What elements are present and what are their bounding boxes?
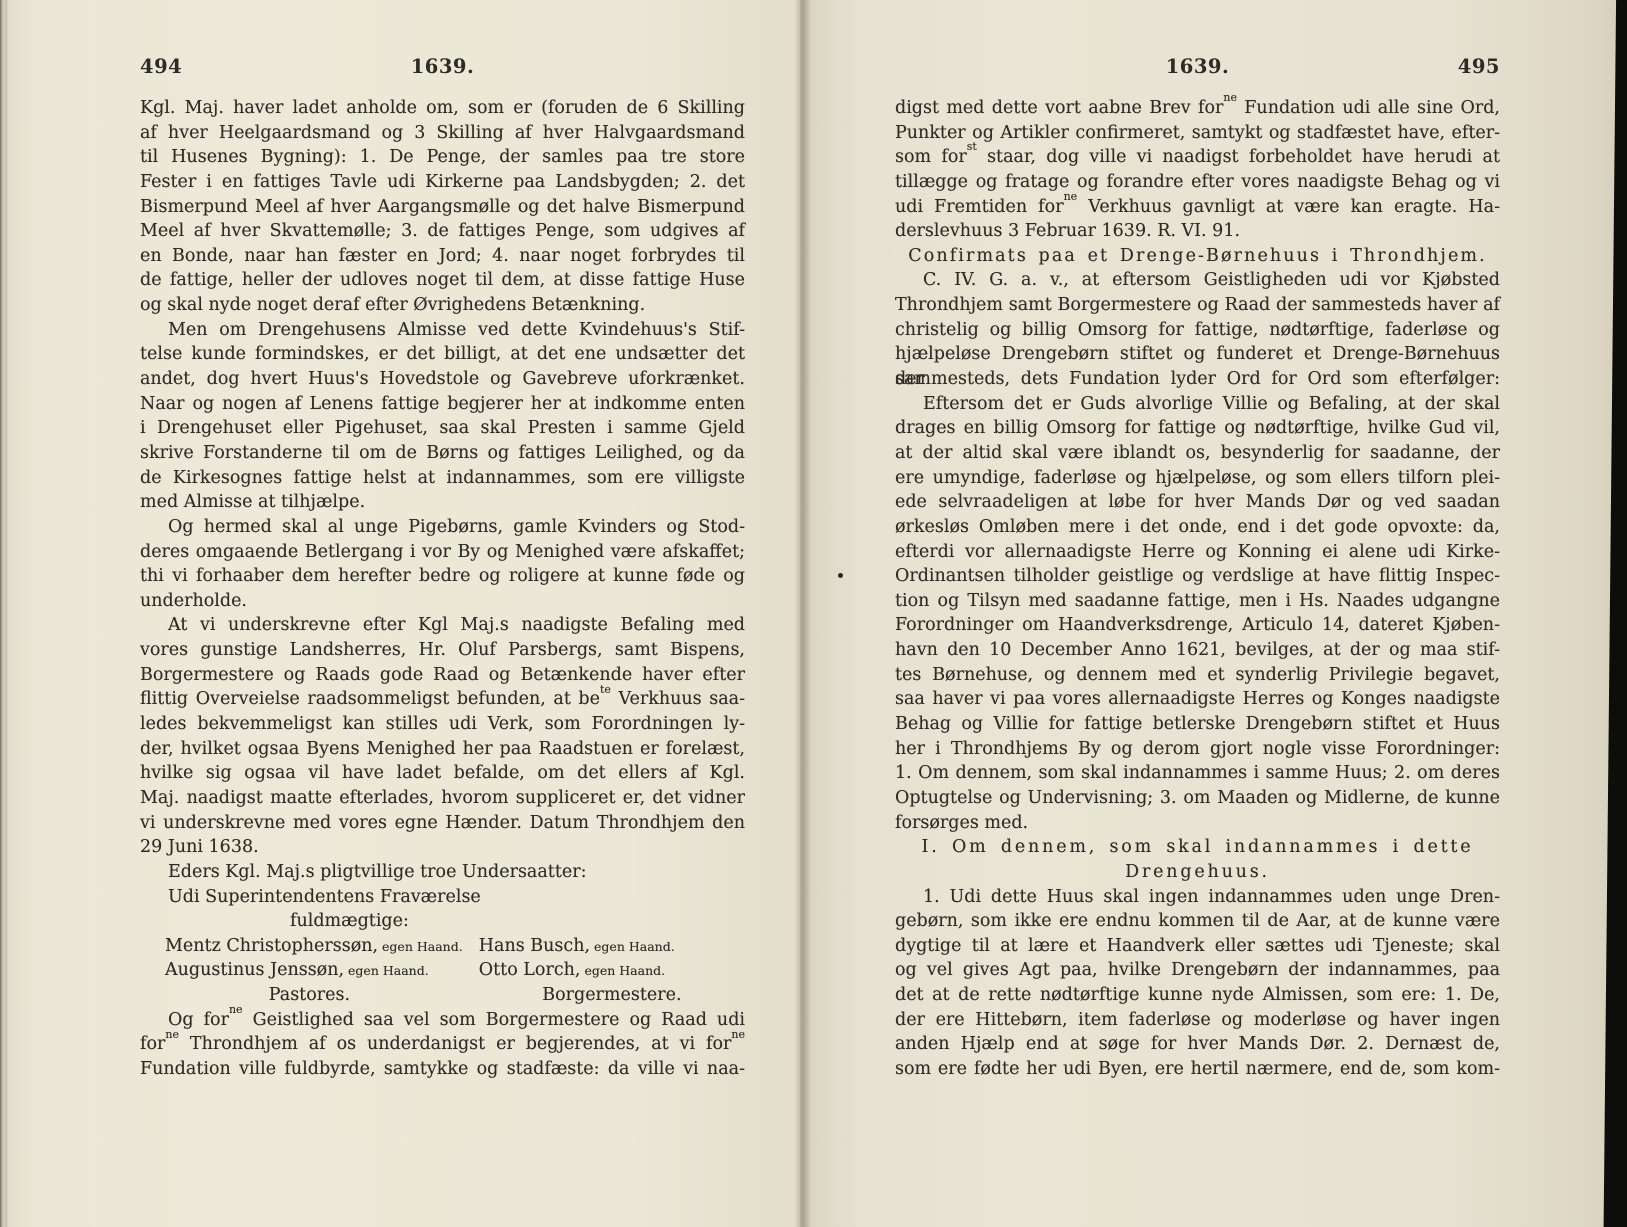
text-line: dygtige til at lære et Haandverk eller s… xyxy=(895,934,1500,959)
text-line: gebørn, som ikke ere endnu kommen til de… xyxy=(895,909,1500,934)
text-line: At vi underskrevne efter Kgl Maj.s naadi… xyxy=(140,613,745,638)
text-line: 29 Juni 1638. xyxy=(140,835,745,860)
running-head: 1639. xyxy=(895,55,1500,78)
page-header: 494 1639. xyxy=(140,55,745,81)
signature-role: Borgermestere. xyxy=(479,983,745,1008)
text-line: det at de rette nødtørftige kunne nyde A… xyxy=(895,983,1500,1008)
text-line: de Kirkesognes fattige helst at indannam… xyxy=(140,466,745,491)
text-line: med Almisse at tilhjælpe. xyxy=(140,490,745,515)
text-line: Drengehuus. xyxy=(895,860,1500,885)
text-line: Confirmats paa et Drenge-Børnehuus i Thr… xyxy=(895,244,1500,269)
text-line: Meel af hver Skvattemølle; 3. de fattige… xyxy=(140,219,745,244)
text-line: Og forne Geistlighed saa vel som Borgerm… xyxy=(140,1008,745,1033)
text-line: vores gunstige Landsherres, Hr. Oluf Par… xyxy=(140,638,745,663)
text-line: 1. Om dennem, som skal indannammes i sam… xyxy=(895,761,1500,786)
text-line: Forordninger om Haandverksdrenge, Articu… xyxy=(895,613,1500,638)
text-line: en Bonde, naar han fæster en Jord; 4. na… xyxy=(140,244,745,269)
text-line: som forst staar, dog ville vi naadigst f… xyxy=(895,145,1500,170)
signature-row: Augustinus Jenssøn, egen Haand.Otto Lorc… xyxy=(140,958,745,983)
signature-row: Mentz Christopherssøn, egen Haand.Hans B… xyxy=(140,934,745,959)
text-line: thi vi forhaaber dem herefter bedre og r… xyxy=(140,564,745,589)
page-right: 1639. 495 digst med dette vort aabne Bre… xyxy=(800,0,1617,1227)
text-line: i Drengehuset eller Pigehuset, saa skal … xyxy=(140,416,745,441)
text-line: telse kunde formindskes, er det billigt,… xyxy=(140,342,745,367)
text-line: tillægge og fratage og forandre efter vo… xyxy=(895,170,1500,195)
book-scan: 494 1639. Kgl. Maj. haver ladet anholde … xyxy=(0,0,1627,1227)
page-header: 1639. 495 xyxy=(895,55,1500,81)
text-line: Fundation ville fuldbyrde, samtykke og s… xyxy=(140,1057,745,1082)
text-line: og skal nyde noget deraf efter Øvrighede… xyxy=(140,293,745,318)
text-line: Eftersom det er Guds alvorlige Villie og… xyxy=(895,392,1500,417)
text-line: de fattige, heller der udloves noget til… xyxy=(140,268,745,293)
text-line: Fester i en fattiges Tavle udi Kirkerne … xyxy=(140,170,745,195)
text-line: Udi Superintendentens Fraværelse xyxy=(140,885,745,910)
text-block: Kgl. Maj. haver ladet anholde om, som er… xyxy=(140,96,745,1082)
text-line: flittig Overveielse raadsommeligst befun… xyxy=(140,687,745,712)
text-line: efterdi vor allernaadigste Herre og Konn… xyxy=(895,540,1500,565)
signature-role: Pastores. xyxy=(140,983,479,1008)
text-line: tes Børnehuse, og dennem med et synderli… xyxy=(895,663,1500,688)
ink-speck xyxy=(838,573,843,578)
text-line: fuldmægtige: xyxy=(140,909,745,934)
text-line: ere umyndige, faderløse og hjælpeløse, o… xyxy=(895,466,1500,491)
text-line: C. IV. G. a. v., at eftersom Geistlighed… xyxy=(895,268,1500,293)
text-line: Ordinantsen tilholder geistlige og verds… xyxy=(895,564,1500,589)
text-line: forne Throndhjem af os underdanigst er b… xyxy=(140,1032,745,1057)
text-line: Throndhjem samt Borgermestere og Raad de… xyxy=(895,293,1500,318)
text-line: der, hvilket ogsaa Byens Menighed her pa… xyxy=(140,737,745,762)
text-line: deres omgaaende Betlergang i vor By og M… xyxy=(140,540,745,565)
text-line: christelig og billig Omsorg for fattige,… xyxy=(895,318,1500,343)
text-line: havn den 10 December Anno 1621, bevilges… xyxy=(895,638,1500,663)
signature-note: egen Haand. xyxy=(580,963,665,978)
text-line: saa haver vi paa vores allernaadigste He… xyxy=(895,687,1500,712)
text-line: vi underskrevne med vores egne Hænder. D… xyxy=(140,811,745,836)
text-line: I. Om dennem, som skal indannammes i det… xyxy=(895,835,1500,860)
text-line: Og hermed skal al unge Pigebørns, gamle … xyxy=(140,515,745,540)
text-line: derslevhuus 3 Februar 1639. R. VI. 91. xyxy=(895,219,1500,244)
text-line: underholde. xyxy=(140,589,745,614)
text-line: som ere fødte her udi Byen, ere hertil n… xyxy=(895,1057,1500,1082)
text-line: tion og Tilsyn med saadanne fattige, men… xyxy=(895,589,1500,614)
text-line: Maj. naadigst maatte efterlades, hvorom … xyxy=(140,786,745,811)
text-line: anden Hjælp end at søge for hver Mands D… xyxy=(895,1032,1500,1057)
page-number: 495 xyxy=(1458,55,1500,78)
signature-note: egen Haand. xyxy=(378,939,463,954)
page-left: 494 1639. Kgl. Maj. haver ladet anholde … xyxy=(8,0,800,1227)
text-line: af hver Heelgaardsmand og 3 Skilling af … xyxy=(140,121,745,146)
text-line: at der altid skal være iblandt os, besyn… xyxy=(895,441,1500,466)
signature-name: Hans Busch, xyxy=(479,936,590,956)
text-line: forsørges med. xyxy=(895,811,1500,836)
text-line: Kgl. Maj. haver ladet anholde om, som er… xyxy=(140,96,745,121)
text-line: her i Throndhjems By og derom gjort nogl… xyxy=(895,737,1500,762)
signature-name: Augustinus Jenssøn, xyxy=(165,960,344,980)
text-line: Optugtelse og Undervisning; 3. om Maaden… xyxy=(895,786,1500,811)
text-line: udi Fremtiden forne Verkhuus gavnligt at… xyxy=(895,195,1500,220)
text-line: hjælpeløse Drengebørn stiftet og fundere… xyxy=(895,342,1500,367)
text-line: digst med dette vort aabne Brev forne Fu… xyxy=(895,96,1500,121)
text-line: sammesteds, dets Fundation lyder Ord for… xyxy=(895,367,1500,392)
signature-name: Otto Lorch, xyxy=(479,960,581,980)
text-line: Behag og Villie for fattige betlerske Dr… xyxy=(895,712,1500,737)
text-line: der ere Hittebørn, item faderløse og mod… xyxy=(895,1008,1500,1033)
text-line: Men om Drengehusens Almisse ved dette Kv… xyxy=(140,318,745,343)
text-line: hvilke sig ogsaa vil have ladet befalde,… xyxy=(140,761,745,786)
running-head: 1639. xyxy=(140,55,745,78)
text-line: 1. Udi dette Huus skal ingen indannammes… xyxy=(895,885,1500,910)
text-line: ørkesløs Omløben mere i det onde, end i … xyxy=(895,515,1500,540)
text-line: Eders Kgl. Maj.s pligtvillige troe Under… xyxy=(140,860,745,885)
text-line: skrive Forstanderne til om de Børns og f… xyxy=(140,441,745,466)
text-line: ledes bekvemmeligst kan stilles udi Verk… xyxy=(140,712,745,737)
text-block: digst med dette vort aabne Brev forne Fu… xyxy=(895,96,1500,1082)
signature-note: egen Haand. xyxy=(344,963,429,978)
signature-note: egen Haand. xyxy=(590,939,675,954)
text-line: og vel gives Agt paa, hvilke Drengebørn … xyxy=(895,958,1500,983)
text-line: andet, dog hvert Huus's Hovedstole og Ga… xyxy=(140,367,745,392)
text-line: til Husenes Bygning): 1. De Penge, der s… xyxy=(140,145,745,170)
text-line: Punkter og Artikler confirmeret, samtykt… xyxy=(895,121,1500,146)
spine-shadow xyxy=(794,0,810,1227)
signature-name: Mentz Christopherssøn, xyxy=(165,936,378,956)
text-line: Naar og nogen af Lenens fattige begjerer… xyxy=(140,392,745,417)
text-line: Borgermestere og Raads gode Raad og Betæ… xyxy=(140,663,745,688)
text-line: drages en billig Omsorg for fattige og n… xyxy=(895,416,1500,441)
text-line: Bismerpund Meel af hver Aargangsmølle og… xyxy=(140,195,745,220)
text-line: ede selvraadeligen at løbe for hver Mand… xyxy=(895,490,1500,515)
